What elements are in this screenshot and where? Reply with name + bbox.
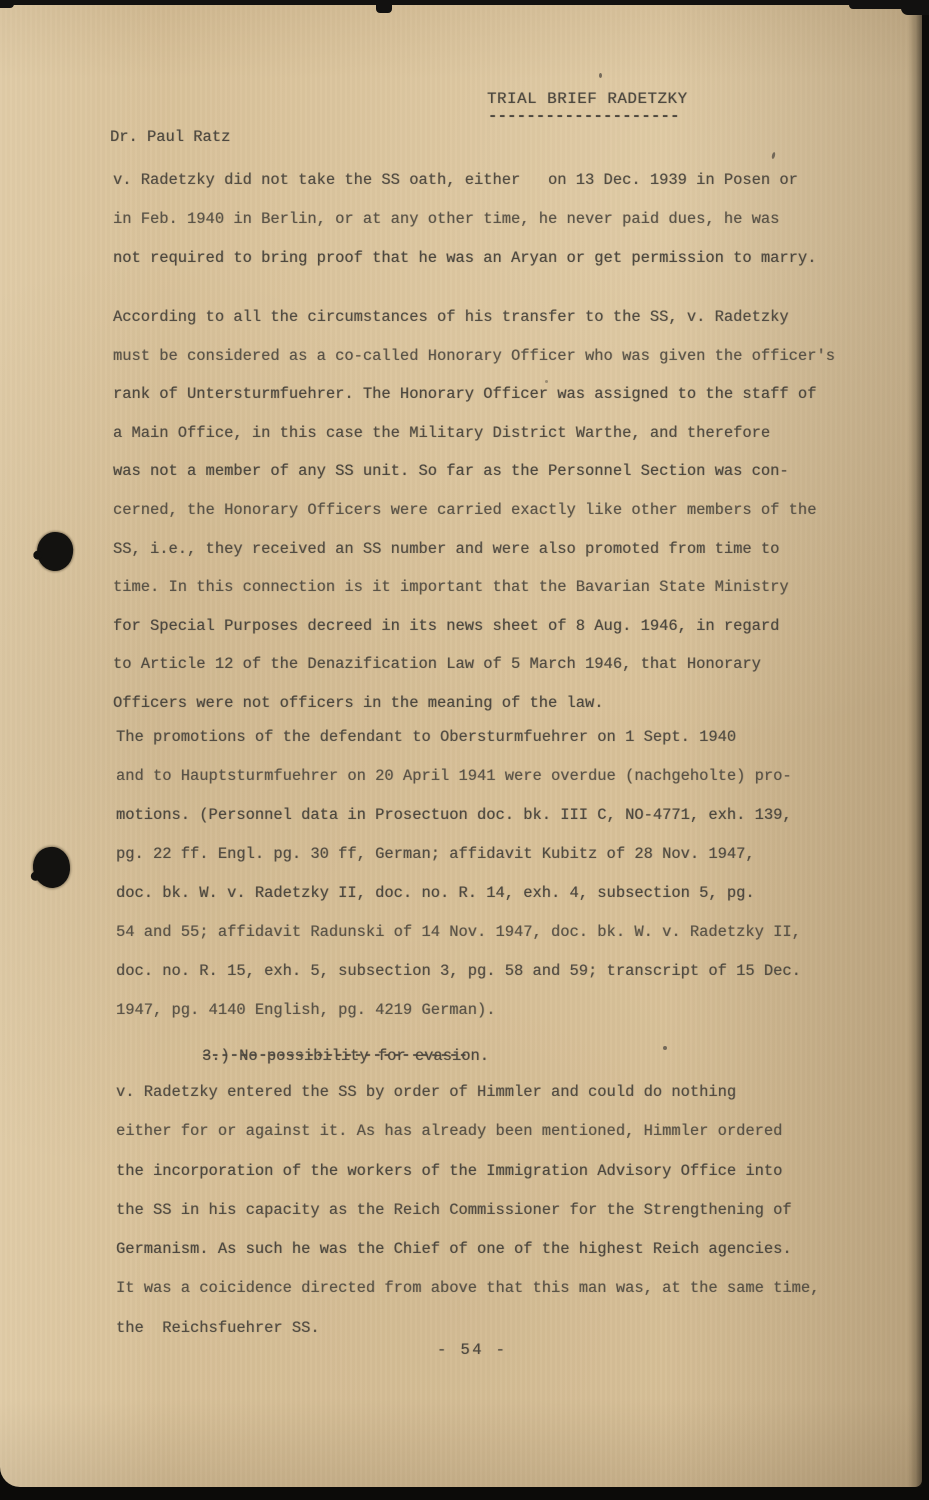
paragraph-1: v. Radetzky did not take the SS oath, ei… (113, 161, 816, 278)
paragraph-3: The promotions of the defendant to Obers… (116, 718, 801, 1030)
text-line: Germanism. As such he was the Chief of o… (116, 1230, 819, 1269)
scan-edge-notch (376, 0, 392, 13)
text-line: for Special Purposes decreed in its news… (113, 607, 835, 646)
text-line: v. Radetzky entered the SS by order of H… (116, 1073, 819, 1112)
text-line: doc. bk. W. v. Radetzky II, doc. no. R. … (116, 874, 801, 913)
document-title: TRIAL BRIEF RADETZKY (487, 90, 688, 108)
ink-speck (663, 1046, 667, 1050)
page-number: - 54 - (437, 1341, 507, 1359)
text-line: doc. no. R. 15, exh. 5, subsection 3, pg… (116, 952, 801, 991)
ink-speck (599, 73, 602, 78)
section-title-underline: ---------------------------- (201, 1046, 468, 1064)
text-line: The promotions of the defendant to Obers… (116, 718, 801, 757)
byline: Dr. Paul Ratz (110, 128, 230, 146)
text-line: cerned, the Honorary Officers were carri… (113, 491, 835, 530)
scanned-page: TRIAL BRIEF RADETZKY -------------------… (0, 0, 929, 1500)
document-title-underline: -------------------- (488, 107, 680, 125)
text-line: rank of Untersturmfuehrer. The Honorary … (113, 375, 835, 414)
scan-edge-top (0, 0, 929, 5)
text-line: the incorporation of the workers of the … (116, 1152, 819, 1191)
text-line: According to all the circumstances of hi… (113, 298, 835, 337)
text-line: not required to bring proof that he was … (113, 239, 816, 278)
text-line: v. Radetzky did not take the SS oath, ei… (113, 161, 816, 200)
scan-edge-top-left (0, 0, 14, 8)
paragraph-4: v. Radetzky entered the SS by order of H… (116, 1073, 819, 1348)
text-line: the SS in his capacity as the Reich Comm… (116, 1191, 819, 1230)
text-line: Officers were not officers in the meanin… (113, 684, 835, 723)
text-line: a Main Office, in this case the Military… (113, 414, 835, 453)
scan-edge-corner-top-right (901, 0, 929, 15)
paper-right-edge-shadow (908, 0, 922, 1487)
text-line: and to Hauptsturmfuehrer on 20 April 194… (116, 757, 801, 796)
text-line: time. In this connection is it important… (113, 568, 835, 607)
text-line: to Article 12 of the Denazification Law … (113, 645, 835, 684)
text-line: either for or against it. As has already… (116, 1112, 819, 1151)
paragraph-2: According to all the circumstances of hi… (113, 298, 835, 723)
text-line: must be considered as a co-called Honora… (113, 337, 835, 376)
text-line: SS, i.e., they received an SS number and… (113, 530, 835, 569)
text-line: motions. (Personnel data in Prosectuon d… (116, 796, 801, 835)
text-line: 1947, pg. 4140 English, pg. 4219 German)… (116, 991, 801, 1030)
text-line: was not a member of any SS unit. So far … (113, 452, 835, 491)
text-line: 54 and 55; affidavit Radunski of 14 Nov.… (116, 913, 801, 952)
text-line: pg. 22 ff. Engl. pg. 30 ff, German; affi… (116, 835, 801, 874)
text-line: It was a coicidence directed from above … (116, 1269, 819, 1308)
text-line: in Feb. 1940 in Berlin, or at any other … (113, 200, 816, 239)
